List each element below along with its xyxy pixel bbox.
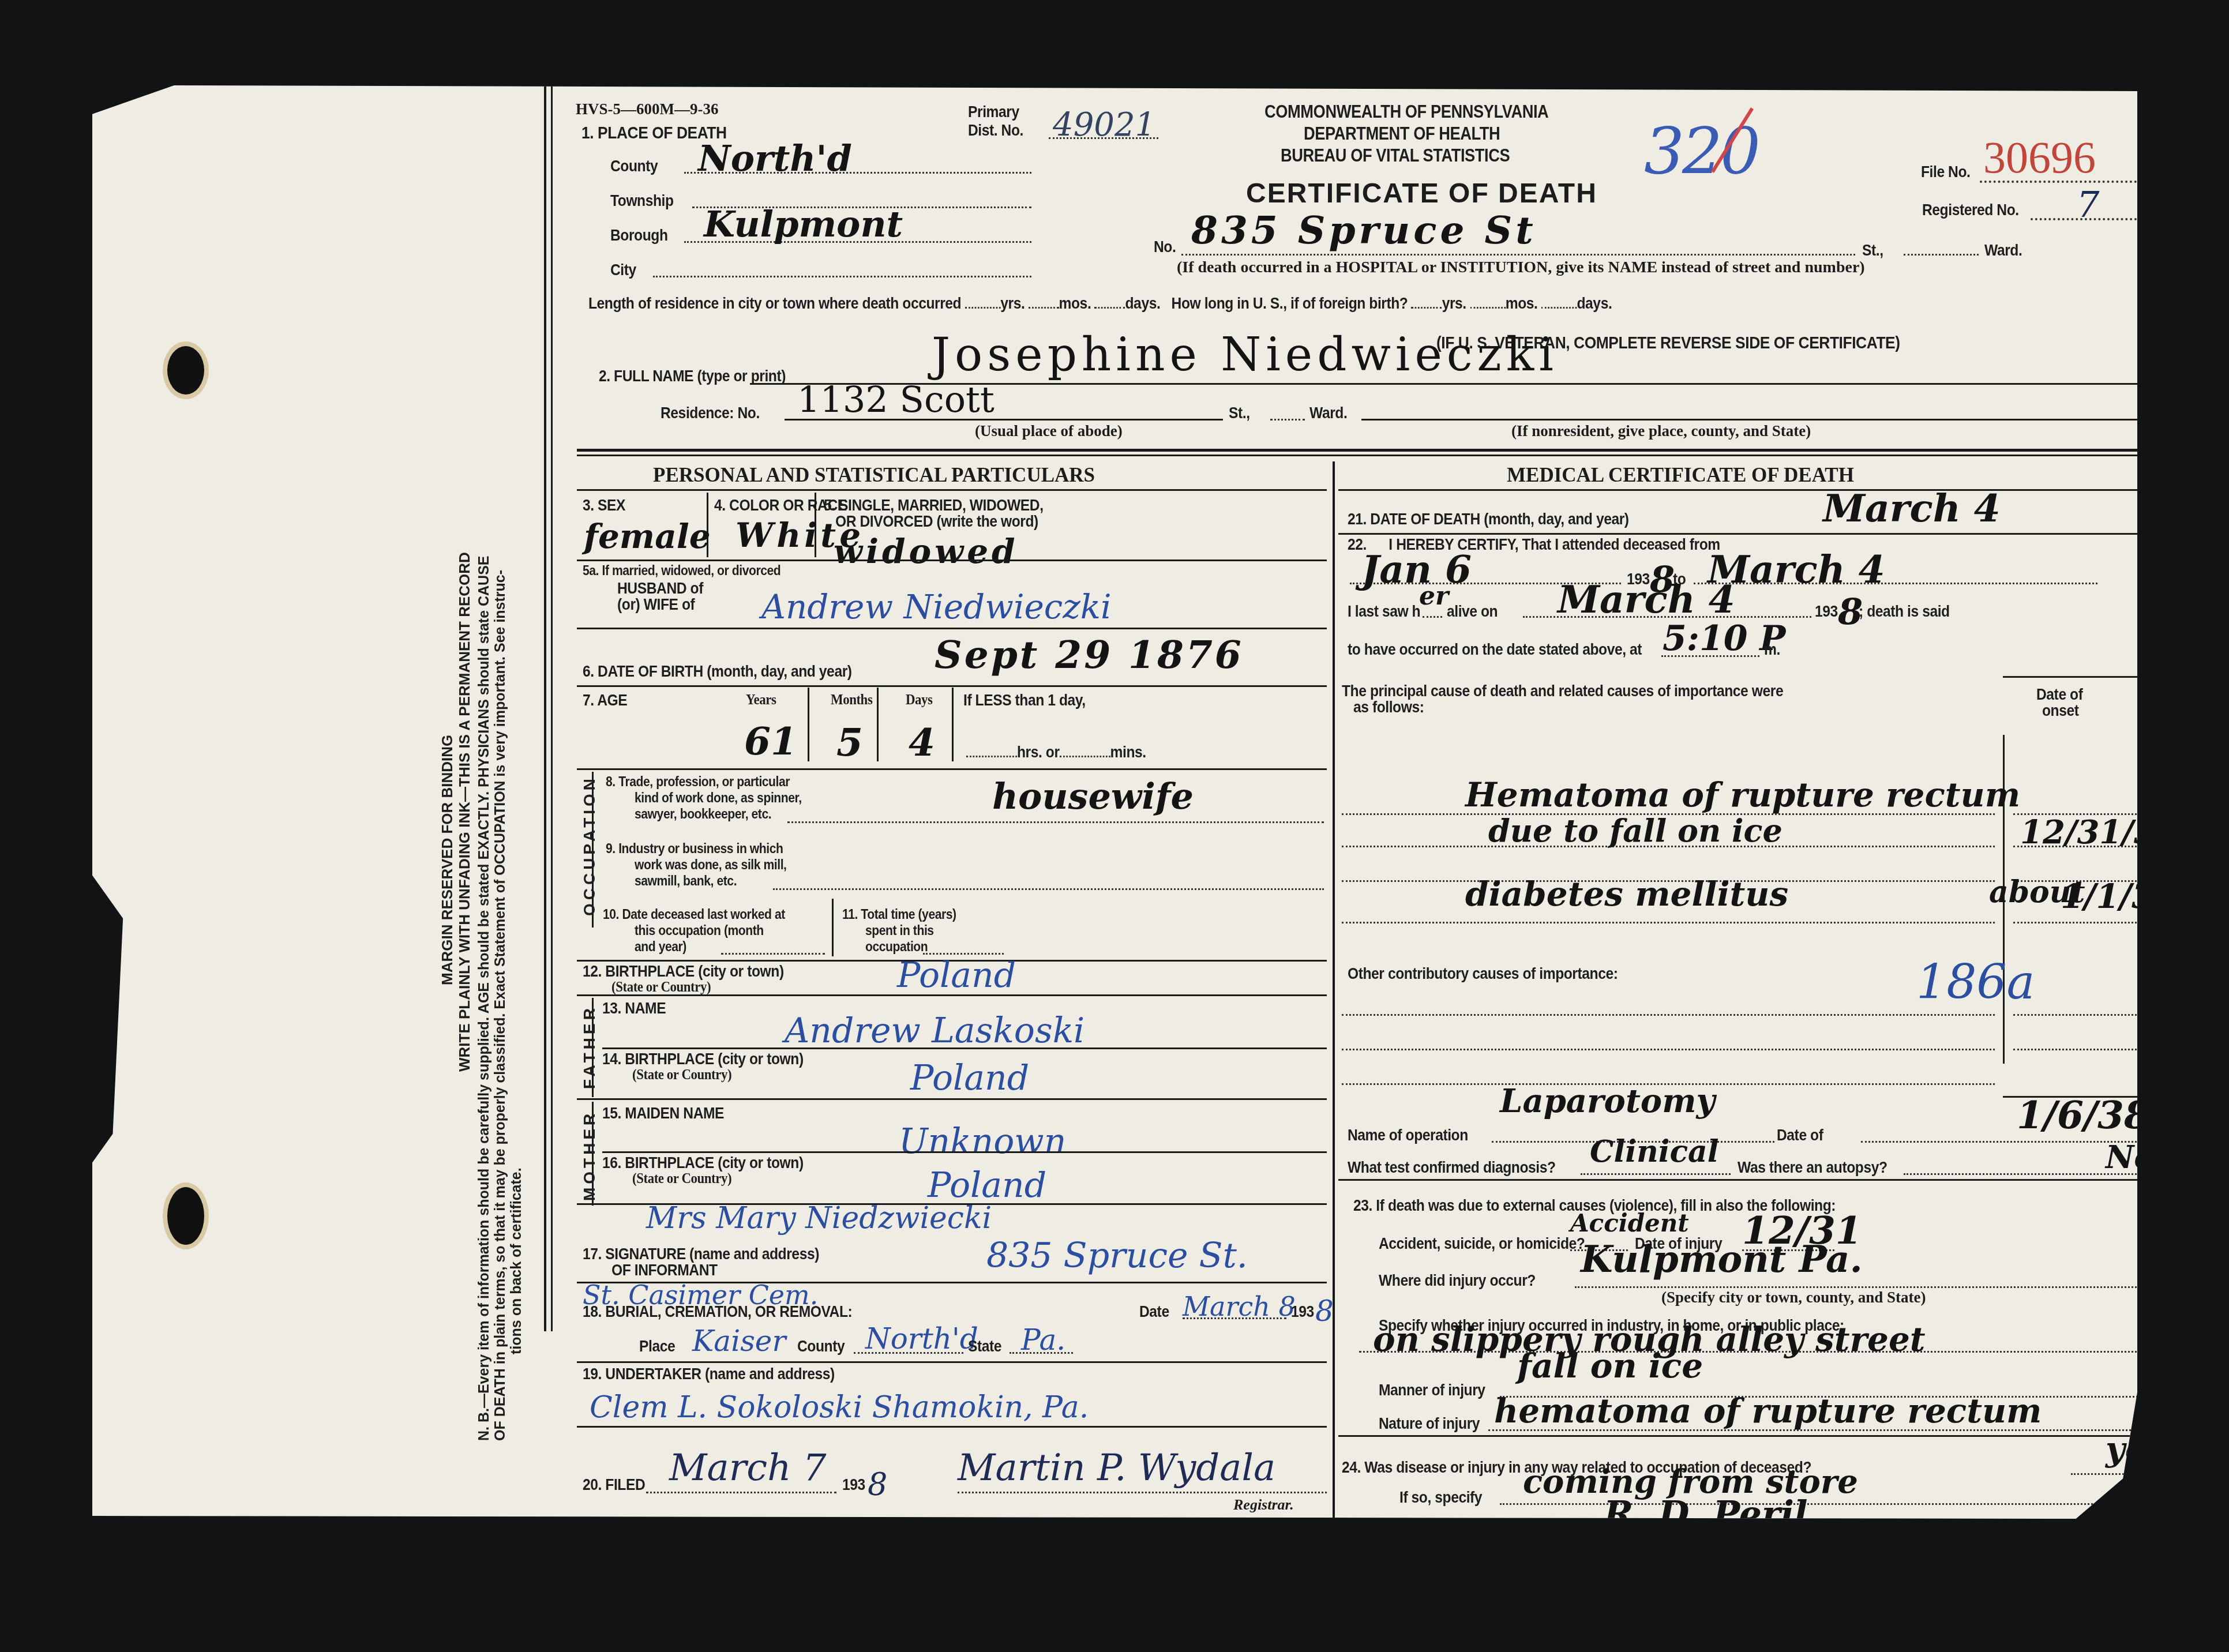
attended-to-year: 193 xyxy=(2140,570,2163,588)
filed-date-line xyxy=(646,1492,836,1493)
mother-name-label: 15. MAIDEN NAME xyxy=(602,1104,724,1122)
age-years-label: Years xyxy=(746,691,776,708)
test-label: What test confirmed diagnosis? xyxy=(1348,1158,1556,1177)
death-certificate-paper: MARGIN RESERVED FOR BINDING WRITE PLAINL… xyxy=(92,85,2137,1522)
signed-value: R. D. Peril xyxy=(1604,1493,1808,1535)
cause-3-onset: 1/1/37 xyxy=(2061,877,2178,916)
if-so-label: If so, specify xyxy=(1399,1488,1482,1507)
onset-column-top xyxy=(2003,676,2193,678)
cause-line-4 xyxy=(1342,922,1995,923)
mother-name-value: Unknown xyxy=(899,1121,1066,1162)
rule-after-age xyxy=(577,768,1327,770)
burial-year-prefix: 193 xyxy=(1291,1302,1314,1321)
last-saw-label: I last saw h xyxy=(1348,602,1420,621)
last-saw-pronoun-line xyxy=(1423,616,1442,618)
residence-yrs-label: yrs. xyxy=(1000,294,1025,312)
registrar-signature: Martin P. Wydala xyxy=(958,1447,1275,1489)
occupation-inner-divider xyxy=(832,899,834,956)
medical-heading-rule xyxy=(1338,489,2192,491)
burial-date-label: Date xyxy=(1139,1302,1169,1321)
sex-label: 3. SEX xyxy=(583,496,625,515)
age-days-label: Days xyxy=(906,691,933,708)
birthplace-label-2: (State or Country) xyxy=(611,978,711,996)
street-no-label: No. xyxy=(1154,238,1176,256)
header-commonwealth: COMMONWEALTH OF PENNSYLVANIA xyxy=(1264,102,1548,122)
manner-value: fall on ice xyxy=(1517,1346,1703,1386)
burial-place-value: Kaiser xyxy=(692,1324,786,1358)
us-days-label: days. xyxy=(1577,294,1612,312)
address-value: Shamokin Pa. xyxy=(1500,1527,1766,1568)
operation-label: Name of operation xyxy=(1348,1126,1468,1144)
operation-date-label: Date of xyxy=(1777,1126,1823,1144)
cause-2-text: due to fall on ice xyxy=(1488,812,1783,849)
time-suffix: m. xyxy=(1764,640,1780,659)
rule-after-undertaker xyxy=(577,1426,1327,1428)
other-line-1 xyxy=(1342,1014,1995,1016)
certificate-title: CERTIFICATE OF DEATH xyxy=(1246,178,1597,209)
autopsy-value: No xyxy=(2106,1139,2155,1176)
header-bureau: BUREAU OF VITAL STATISTICS xyxy=(1281,145,1510,166)
last-saw-date-value: March 4 xyxy=(1558,577,1735,622)
industry-label-3: sawmill, bank, etc. xyxy=(635,873,737,889)
other-line-2 xyxy=(1342,1049,1995,1050)
other-causes-label: Other contributory causes of importance: xyxy=(1348,964,1618,983)
md-label: M. D. xyxy=(2157,1518,2190,1537)
occurred-label: to have occurred on the date stated abov… xyxy=(1348,640,1642,659)
burial-date-value: March 8 xyxy=(1183,1291,1296,1322)
last-worked-label-1: 10. Date deceased last worked at xyxy=(603,907,785,923)
filed-year-suffix: 8 xyxy=(868,1466,887,1503)
street-ward-label: Ward. xyxy=(1984,241,2022,260)
street-address-line xyxy=(1181,254,1855,256)
city-label: City xyxy=(610,261,636,279)
age-label: 7. AGE xyxy=(583,691,627,709)
injury-place-note: (Specify city or town, county, and State… xyxy=(1661,1289,1926,1306)
alive-on-label: alive on xyxy=(1447,602,1498,621)
marital-value: widowed xyxy=(834,532,1019,571)
rule-after-dob xyxy=(577,685,1327,687)
mother-side-label: MOTHER xyxy=(580,1110,599,1201)
personal-heading-rule xyxy=(577,489,1327,491)
total-time-label-1: 11. Total time (years) xyxy=(842,907,956,923)
residence-ward-label: Ward. xyxy=(1309,404,1347,422)
hrs-text: hrs. or xyxy=(1017,743,1060,761)
rule-after-dod xyxy=(1338,533,2192,535)
injury-place-label: Where did injury occur? xyxy=(1379,1271,1536,1290)
address-label: (Address) xyxy=(1411,1554,1475,1572)
margin-line-nb-2: OF DEATH in plain terms, so that it may … xyxy=(492,570,509,1441)
main-separator-bottom xyxy=(577,455,2192,456)
informant-address-value: 835 Spruce St. xyxy=(986,1236,1248,1276)
trade-label-2: kind of work done, as spinner, xyxy=(635,790,802,806)
trade-value: housewife xyxy=(992,775,1194,817)
injury-place-value: Kulpmont Pa. xyxy=(1581,1238,1863,1281)
form-code: HVS-5—600M—9-36 xyxy=(576,100,718,118)
rule-after-father xyxy=(577,1098,1327,1100)
county-label: County xyxy=(610,157,658,175)
occupation-side-label: OCCUPATION xyxy=(580,775,599,916)
father-birthplace-label-2: (State or Country) xyxy=(632,1066,731,1083)
other-causes-code: 186a xyxy=(1916,955,2035,1010)
father-birthplace-value: Poland xyxy=(910,1058,1029,1098)
hrs-label: hrs. ormins. xyxy=(966,743,1146,761)
signed-line xyxy=(1468,1537,2142,1538)
us-length-label: How long in U. S., if of foreign birth? xyxy=(1172,294,1408,312)
filed-year-prefix: 193 xyxy=(842,1475,865,1494)
residence-value: 1132 Scott xyxy=(797,378,995,420)
age-months-label: Months xyxy=(831,691,872,708)
spouse-label-3: (or) WIFE of xyxy=(617,595,695,614)
borough-label: Borough xyxy=(610,226,668,245)
last-worked-line xyxy=(721,953,825,955)
birthplace-value: Poland xyxy=(897,955,1016,996)
personal-heading: PERSONAL AND STATISTICAL PARTICULARS xyxy=(653,464,1095,487)
mother-birthplace-label-2: (State or Country) xyxy=(632,1170,731,1187)
burial-county-value: North'd xyxy=(865,1322,978,1356)
occupation-related-line xyxy=(2071,1473,2190,1475)
cause-3-text: diabetes mellitus xyxy=(1465,874,1788,914)
rule-father-name xyxy=(602,1047,1327,1049)
trade-label-3: sawyer, bookkeeper, etc. xyxy=(635,806,771,823)
age-div-3 xyxy=(952,688,954,761)
bottom-rule xyxy=(577,1580,2192,1589)
marital-label-2: OR DIVORCED (write the word) xyxy=(835,512,1038,531)
column-divider xyxy=(1333,461,1335,1585)
other-onset-line-1 xyxy=(2013,1014,2192,1016)
burial-label: 18. BURIAL, CREMATION, OR REMOVAL: xyxy=(583,1302,852,1321)
primary-label: Primary xyxy=(968,103,1019,121)
registrar-line xyxy=(958,1492,1327,1493)
rule-after-sex xyxy=(577,560,1327,561)
rule-after-burial xyxy=(577,1361,1327,1363)
accident-value: Accident xyxy=(1570,1209,1689,1237)
nonresident-note: (If nonresident, give place, county, and… xyxy=(1511,422,1811,440)
rule-after-spouse xyxy=(577,628,1327,629)
residence-mos-label: mos. xyxy=(1059,294,1091,312)
mother-birthplace-value: Poland xyxy=(928,1165,1046,1206)
file-no-value: 30696 xyxy=(1983,132,2096,183)
punch-hole-bottom xyxy=(167,1187,204,1245)
dod-year-suffix: 8 xyxy=(2164,498,2191,543)
total-time-line xyxy=(923,953,1004,955)
dod-label: 21. DATE OF DEATH (month, day, and year) xyxy=(1348,510,1629,528)
dob-value: Sept 29 1876 xyxy=(935,632,1244,677)
margin-border-outer xyxy=(544,85,546,1331)
father-side-label: FATHER xyxy=(580,1005,599,1089)
undertaker-value: Clem L. Sokoloski Shamokin, Pa. xyxy=(590,1390,1089,1425)
industry-line xyxy=(773,888,1324,890)
punch-hole-top xyxy=(167,346,204,395)
burial-year-suffix: 8 xyxy=(1315,1294,1334,1328)
residence-days-label: days. xyxy=(1125,294,1161,312)
street-st-label: St., xyxy=(1862,241,1883,260)
margin-line-write-plainly: WRITE PLAINLY WITH UNFADING INK—THIS IS … xyxy=(456,552,474,1072)
injury-year-suffix: 8 xyxy=(2169,1223,2195,1266)
operation-date-value: 1/6/38 xyxy=(2017,1092,2151,1137)
rule-mother-name xyxy=(602,1151,1327,1153)
margin-line-nb-1: N. B.—Every item of information should b… xyxy=(476,555,493,1441)
autopsy-label: Was there an autopsy? xyxy=(1738,1158,1887,1177)
city-line xyxy=(653,276,1031,277)
residence-label: Residence: No. xyxy=(661,404,760,422)
signed-label: (Signed) xyxy=(1388,1522,1443,1540)
industry-label-1: 9. Industry or business in which xyxy=(606,841,783,857)
operation-value: Laparotomy xyxy=(1500,1082,1715,1120)
residence-length-text: Length of residence in city or town wher… xyxy=(588,294,961,312)
filed-label: 20. FILED xyxy=(583,1475,645,1494)
burial-state-label: State xyxy=(968,1337,1001,1356)
undertaker-label: 19. UNDERTAKER (name and address) xyxy=(583,1365,835,1383)
margin-line-nb-3: tions on back of certificate. xyxy=(508,1167,525,1354)
cause-2-onset: 12/31/37 xyxy=(2020,813,2179,851)
sex-value: female xyxy=(584,517,711,556)
age-months-value: 5 xyxy=(836,720,863,765)
attended-to-year-suffix: 8 xyxy=(2164,558,2189,600)
burial-state-value: Pa. xyxy=(1021,1323,1065,1357)
registered-no-label: Registered No. xyxy=(1922,201,2019,219)
manner-label: Manner of injury xyxy=(1379,1381,1485,1399)
trade-label-1: 8. Trade, profession, or particular xyxy=(606,774,790,790)
borough-value: Kulpmont xyxy=(704,203,903,245)
dob-label: 6. DATE OF BIRTH (month, day, and year) xyxy=(583,662,852,681)
mins-text: mins. xyxy=(1110,743,1146,761)
burial-place-label: Place xyxy=(639,1337,675,1356)
abode-note: (Usual place of abode) xyxy=(975,422,1123,440)
dod-year-prefix: 193 xyxy=(2140,510,2163,528)
trade-line xyxy=(787,821,1324,823)
spouse-value: Andrew Niedwieczki xyxy=(761,587,1112,626)
industry-label-2: work was done, as silk mill, xyxy=(635,857,787,873)
autopsy-line xyxy=(1904,1173,2192,1175)
attended-from-value: Jan 6 xyxy=(1361,547,1472,592)
residence-ward-line xyxy=(1270,419,1305,420)
margin-line-binding: MARGIN RESERVED FOR BINDING xyxy=(438,735,456,985)
age-years-value: 61 xyxy=(744,719,797,764)
street-address-value: 835 Spruce St xyxy=(1191,208,1537,253)
informant-name-value: Mrs Mary Niedzwiecki xyxy=(646,1201,992,1236)
death-said-label: ; death is said xyxy=(1859,602,1950,621)
total-time-label-3: occupation xyxy=(865,939,928,955)
injury-place-line xyxy=(1575,1286,2192,1288)
filed-date-value: March 7 xyxy=(669,1447,826,1489)
age-div-1 xyxy=(808,688,809,761)
operation-date-line xyxy=(1861,1141,2192,1143)
full-name-value: Josephine Niedwieczki xyxy=(932,328,1558,381)
hospital-note: (If death occurred in a HOSPITAL or INST… xyxy=(1177,258,1865,277)
last-saw-year: 193 xyxy=(1815,602,1838,621)
dist-no-value: 49021 xyxy=(1053,106,1155,144)
father-name-label: 13. NAME xyxy=(602,999,666,1018)
address-line xyxy=(1488,1569,2190,1571)
test-line xyxy=(1581,1173,1731,1175)
header-department: DEPARTMENT OF HEALTH xyxy=(1304,123,1500,144)
last-worked-label-3: and year) xyxy=(635,939,686,955)
registrar-label: Registrar. xyxy=(1233,1496,1294,1514)
us-mos-label: mos. xyxy=(1506,294,1538,312)
ward-line xyxy=(1904,254,1979,256)
main-separator-top xyxy=(577,449,2192,452)
other-onset-line-2 xyxy=(2013,1049,2192,1050)
last-saw-pronoun: er xyxy=(1419,581,1449,611)
nonresident-line xyxy=(1361,419,2192,420)
age-div-2 xyxy=(877,688,879,761)
informant-label-2: OF INFORMANT xyxy=(611,1261,718,1279)
file-no-label: File No. xyxy=(1921,163,1970,181)
residence-length-label: Length of residence in city or town wher… xyxy=(588,294,1612,313)
occupation-related-value: yes xyxy=(2106,1429,2165,1469)
cause-1-text: Hematoma of rupture rectum xyxy=(1465,775,2020,814)
less-than-day-label: If LESS than 1 day, xyxy=(963,691,1086,709)
dist-no-label: Dist. No. xyxy=(968,121,1023,140)
residence-st-label: St., xyxy=(1229,404,1250,422)
father-name-value: Andrew Laskoski xyxy=(785,1011,1085,1051)
age-days-value: 4 xyxy=(909,720,935,765)
medical-heading: MEDICAL CERTIFICATE OF DEATH xyxy=(1507,464,1854,487)
margin-border-inner xyxy=(551,85,553,1331)
total-time-label-2: spent in this xyxy=(865,923,934,939)
injury-year-prefix: 193 xyxy=(2146,1234,2169,1253)
rule-after-birthplace xyxy=(577,994,1327,996)
county-value: North'd xyxy=(698,137,852,179)
registered-no-value: 7 xyxy=(2077,183,2099,226)
onset-line-4 xyxy=(2013,922,2192,923)
test-value: Clinical xyxy=(1590,1134,1719,1169)
accident-label: Accident, suicide, or homicide? xyxy=(1379,1234,1585,1253)
rule-after-nature xyxy=(1338,1435,2192,1437)
burial-county-label: County xyxy=(797,1337,845,1356)
last-worked-label-2: this occupation (month xyxy=(635,923,764,939)
nature-value: hematoma of rupture rectum xyxy=(1494,1391,2042,1431)
rule-after-autopsy xyxy=(1338,1179,2192,1181)
cause-label-2: as follows: xyxy=(1353,698,1424,716)
us-yrs-label: yrs. xyxy=(1442,294,1466,312)
nature-label: Nature of injury xyxy=(1379,1414,1480,1433)
spouse-label-1: 5a. If married, widowed, or divorced xyxy=(583,563,780,579)
township-label: Township xyxy=(610,192,674,210)
dod-value: March 4 xyxy=(1823,486,2001,531)
onset-label-2: onset xyxy=(2042,701,2079,720)
